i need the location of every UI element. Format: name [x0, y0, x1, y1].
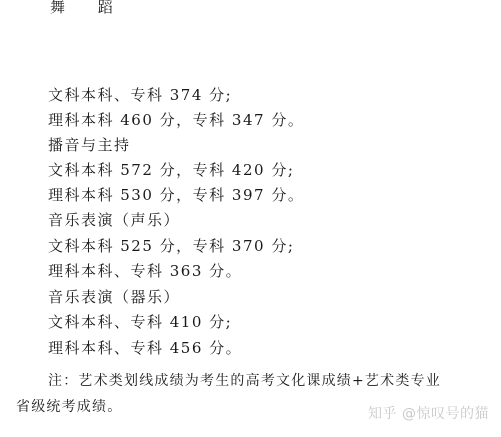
score-line: 理科本科、专科 363 分。	[48, 262, 242, 280]
score-line: 理科本科、专科 456 分。	[48, 339, 242, 357]
note-line-1: 注：艺术类划线成绩为考生的高考文化课成绩+艺术类专业	[48, 372, 441, 390]
zhihu-watermark: 知乎 @惊叹号的猫	[368, 403, 489, 423]
score-line: 理科本科 530 分，专科 397 分。	[48, 186, 304, 204]
score-line: 文科本科 525 分，专科 370 分;	[48, 237, 294, 255]
note-line-2: 省级统考成绩。	[16, 398, 122, 416]
category-heading: 播音与主持	[48, 136, 131, 154]
section-heading-dance: 舞 蹈	[50, 0, 127, 16]
score-line: 文科本科、专科 410 分;	[48, 313, 232, 331]
score-line: 文科本科、专科 374 分;	[48, 86, 232, 104]
category-heading: 音乐表演（声乐）	[48, 211, 180, 229]
score-line: 理科本科 460 分，专科 347 分。	[48, 111, 304, 129]
category-heading: 音乐表演（器乐）	[48, 288, 180, 306]
score-line: 文科本科 572 分，专科 420 分;	[48, 161, 294, 179]
